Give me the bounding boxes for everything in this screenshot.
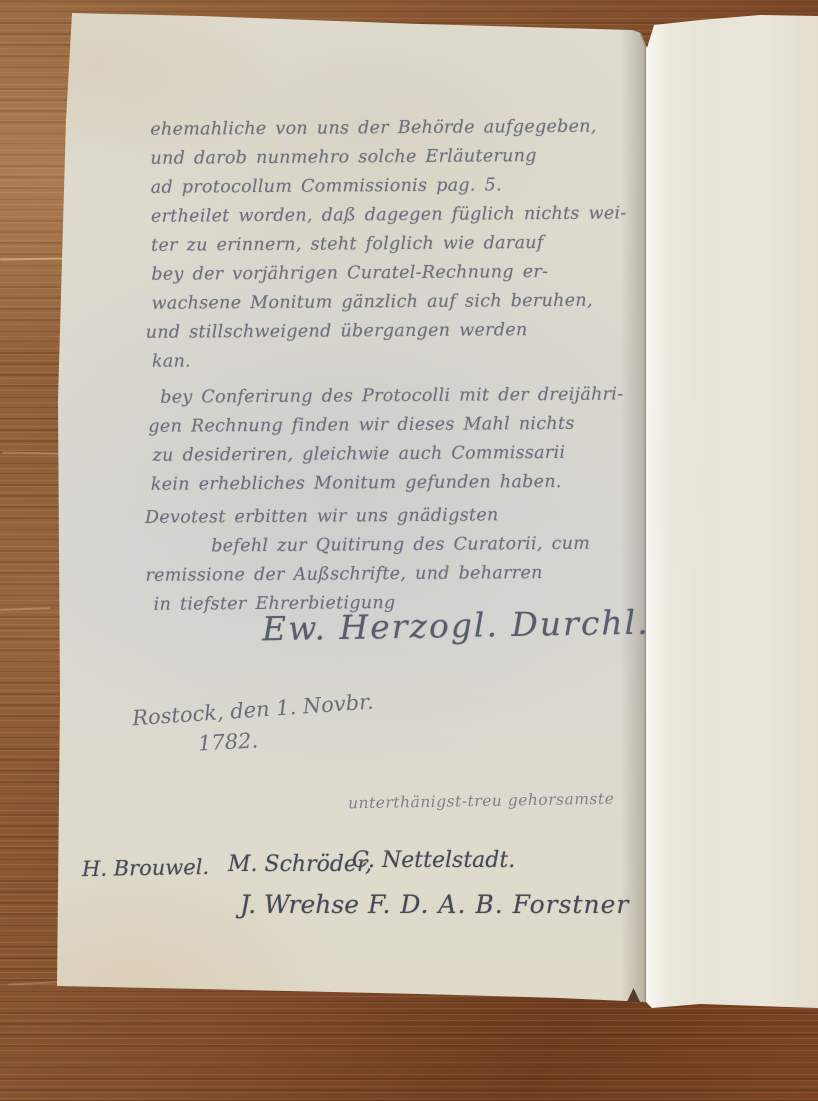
signature-forstner: F. D. A. B. Forstner xyxy=(368,890,629,919)
text-line: kein erhebliches Monitum gefunden haben. xyxy=(151,471,658,504)
text-line: ehemahliche von uns der Behörde aufgegeb… xyxy=(150,116,655,149)
signature-brouwel: H. Brouwel. xyxy=(82,855,210,881)
text-line: ertheilet worden, daß dagegen füglich ni… xyxy=(151,203,656,236)
wood-grain-streak xyxy=(0,607,50,611)
text-line: ter zu erinnern, steht folglich wie dara… xyxy=(151,232,656,265)
text-line: bey Conferirung des Protocolli mit der d… xyxy=(160,384,657,416)
text-line: kan. xyxy=(152,348,657,381)
manuscript-sheet: ehemahliche von uns der Behörde aufgegeb… xyxy=(0,0,818,1101)
text-line: remissione der Außschrifte, und beharren xyxy=(145,562,658,595)
text-line: und stillschweigend übergangen werden xyxy=(146,319,657,352)
text-line: Devotest erbitten wir uns gnädigsten xyxy=(145,504,658,537)
text-line: bey der vorjährigen Curatel-Rechnung er- xyxy=(151,261,656,294)
text-line: ad protocollum Commissionis pag. 5. xyxy=(151,174,656,207)
wood-grain-streak xyxy=(2,451,60,454)
signature-schroeder: M. Schröder, xyxy=(228,852,372,877)
photograph-of-manuscript: ehemahliche von uns der Behörde aufgegeb… xyxy=(0,0,818,1101)
text-line: gen Rechnung finden wir dieses Mahl nich… xyxy=(148,413,657,446)
text-line: und darob nunmehro solche Erläuterung xyxy=(150,145,655,178)
text-line: wachsene Monitum gänzlich auf sich beruh… xyxy=(151,290,656,323)
date-year: 1782. xyxy=(197,728,258,755)
text-line: zu desideriren, gleichwie auch Commissar… xyxy=(153,442,658,475)
handwritten-letter-body: ehemahliche von uns der Behörde aufgegeb… xyxy=(150,116,659,624)
wood-grain-streak xyxy=(0,257,64,260)
signature-wrehse: J. Wrehse xyxy=(240,890,359,919)
signature-nettelstadt: C. Nettelstadt. xyxy=(352,848,515,873)
valediction-line: Ew. Herzogl. Durchl. xyxy=(262,603,650,649)
text-line: befehl zur Quitirung des Curatorii, cum xyxy=(211,533,658,565)
